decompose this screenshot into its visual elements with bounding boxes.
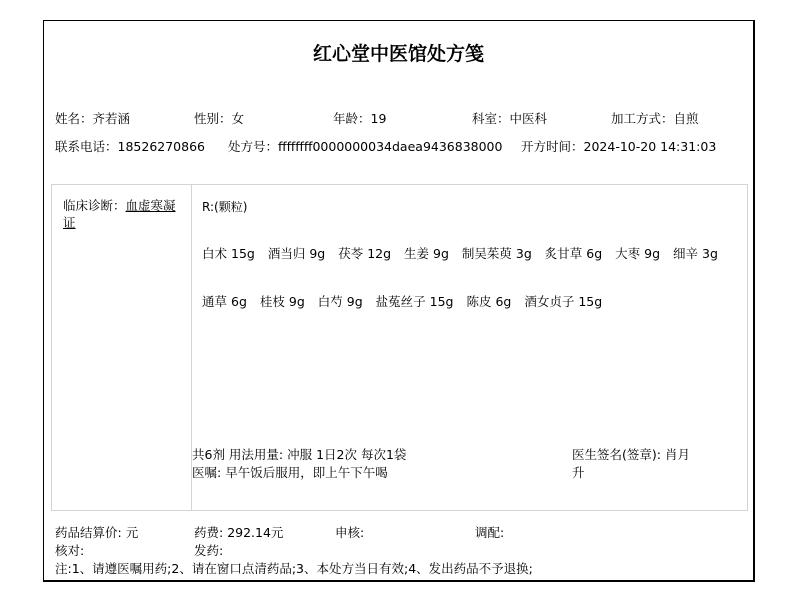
patient-gender: 性别：女 xyxy=(194,109,244,127)
herb-item: 炙甘草 6g xyxy=(545,246,602,261)
herb-list-row-2: 通草 6g 桂枝 9g 白芍 9g 盐菟丝子 15g 陈皮 6g 酒女贞子 15… xyxy=(202,292,611,310)
drug-fee: 药费: 292.14元 xyxy=(194,523,283,541)
doctor-advice: 医嘱: 早午饭后服用，即上午下午喝 xyxy=(192,464,406,482)
herb-item: 陈皮 6g xyxy=(466,294,511,309)
age-value: 19 xyxy=(371,111,387,126)
advice-value: 早午饭后服用，即上午下午喝 xyxy=(225,465,388,480)
herb-item: 盐菟丝子 15g xyxy=(376,294,454,309)
gender-label: 性别： xyxy=(194,111,232,126)
check-label: 核对: xyxy=(55,541,84,559)
fee-value: 292.14元 xyxy=(227,525,283,540)
phone-label: 联系电话： xyxy=(55,139,118,154)
process-value: 自煎 xyxy=(674,111,699,126)
diagnosis: 临床诊断：血虚寒凝证 xyxy=(63,197,185,231)
usage-section: 共6剂 用法用量: 冲服 1日2次 每次1袋 医嘱: 早午饭后服用，即上午下午喝 xyxy=(192,446,406,482)
dispense-label: 调配: xyxy=(475,523,504,541)
prescription-time: 开方时间：2024-10-20 14:31:03 xyxy=(521,137,716,155)
rx-time-label: 开方时间： xyxy=(521,139,584,154)
herb-item: 酒女贞子 15g xyxy=(524,294,602,309)
process-method: 加工方式：自煎 xyxy=(611,109,699,127)
notice: 注:1、请遵医嘱用药;2、请在窗口点清药品;3、本处方当日有效;4、发出药品不予… xyxy=(55,559,533,577)
signature-label: 医生签名(签章): xyxy=(572,447,665,462)
rx-time-value: 2024-10-20 14:31:03 xyxy=(584,139,717,154)
advice-label: 医嘱: xyxy=(192,465,225,480)
herb-item: 茯苓 12g xyxy=(338,246,391,261)
herb-item: 桂枝 9g xyxy=(260,294,305,309)
phone-value: 18526270866 xyxy=(118,139,205,154)
patient-name: 姓名：齐若涵 xyxy=(55,109,130,127)
diagnosis-label: 临床诊断： xyxy=(63,198,126,213)
settle-label: 药品结算价: xyxy=(55,525,126,540)
gender-value: 女 xyxy=(232,111,245,126)
dept-label: 科室： xyxy=(472,111,510,126)
herb-item: 酒当归 9g xyxy=(268,246,325,261)
name-value: 齐若涵 xyxy=(93,111,131,126)
herb-item: 制吴茱萸 3g xyxy=(462,246,532,261)
prescription-number: 处方号：ffffffff0000000034daea9436838000 xyxy=(228,137,502,155)
review-label: 申核: xyxy=(335,523,364,541)
rx-no-label: 处方号： xyxy=(228,139,278,154)
name-label: 姓名： xyxy=(55,111,93,126)
herb-item: 白术 15g xyxy=(202,246,255,261)
herb-item: 通草 6g xyxy=(202,294,247,309)
herb-list-row-1: 白术 15g 酒当归 9g 茯苓 12g 生姜 9g 制吴茱萸 3g 炙甘草 6… xyxy=(202,244,727,262)
patient-phone: 联系电话：18526270866 xyxy=(55,137,205,155)
herb-item: 大枣 9g xyxy=(615,246,660,261)
herb-item: 生姜 9g xyxy=(404,246,449,261)
page-title: 红心堂中医馆处方笺 xyxy=(44,39,753,66)
diagnosis-cell: 临床诊断：血虚寒凝证 xyxy=(52,185,192,510)
age-label: 年龄： xyxy=(333,111,371,126)
herb-item: 细辛 3g xyxy=(673,246,718,261)
settle-value: 元 xyxy=(126,525,139,540)
settle-price: 药品结算价: 元 xyxy=(55,523,138,541)
prescription-box: 临床诊断：血虚寒凝证 R:(颗粒) 白术 15g 酒当归 9g 茯苓 12g 生… xyxy=(51,184,748,511)
patient-age: 年龄：19 xyxy=(333,109,386,127)
issue-label: 发药: xyxy=(194,541,223,559)
prescription-form: R:(颗粒) xyxy=(202,198,247,215)
dept-value: 中医科 xyxy=(510,111,548,126)
rx-no-value: ffffffff0000000034daea9436838000 xyxy=(278,139,502,154)
herb-item: 白芍 9g xyxy=(318,294,363,309)
prescription-sheet: 红心堂中医馆处方笺 姓名：齐若涵 性别：女 年龄：19 科室：中医科 加工方式：… xyxy=(43,20,755,582)
doctor-signature: 医生签名(签章): 肖月升 xyxy=(572,446,702,482)
fee-label: 药费: xyxy=(194,525,227,540)
patient-dept: 科室：中医科 xyxy=(472,109,547,127)
process-label: 加工方式： xyxy=(611,111,674,126)
usage-dosage: 共6剂 用法用量: 冲服 1日2次 每次1袋 xyxy=(192,446,406,464)
